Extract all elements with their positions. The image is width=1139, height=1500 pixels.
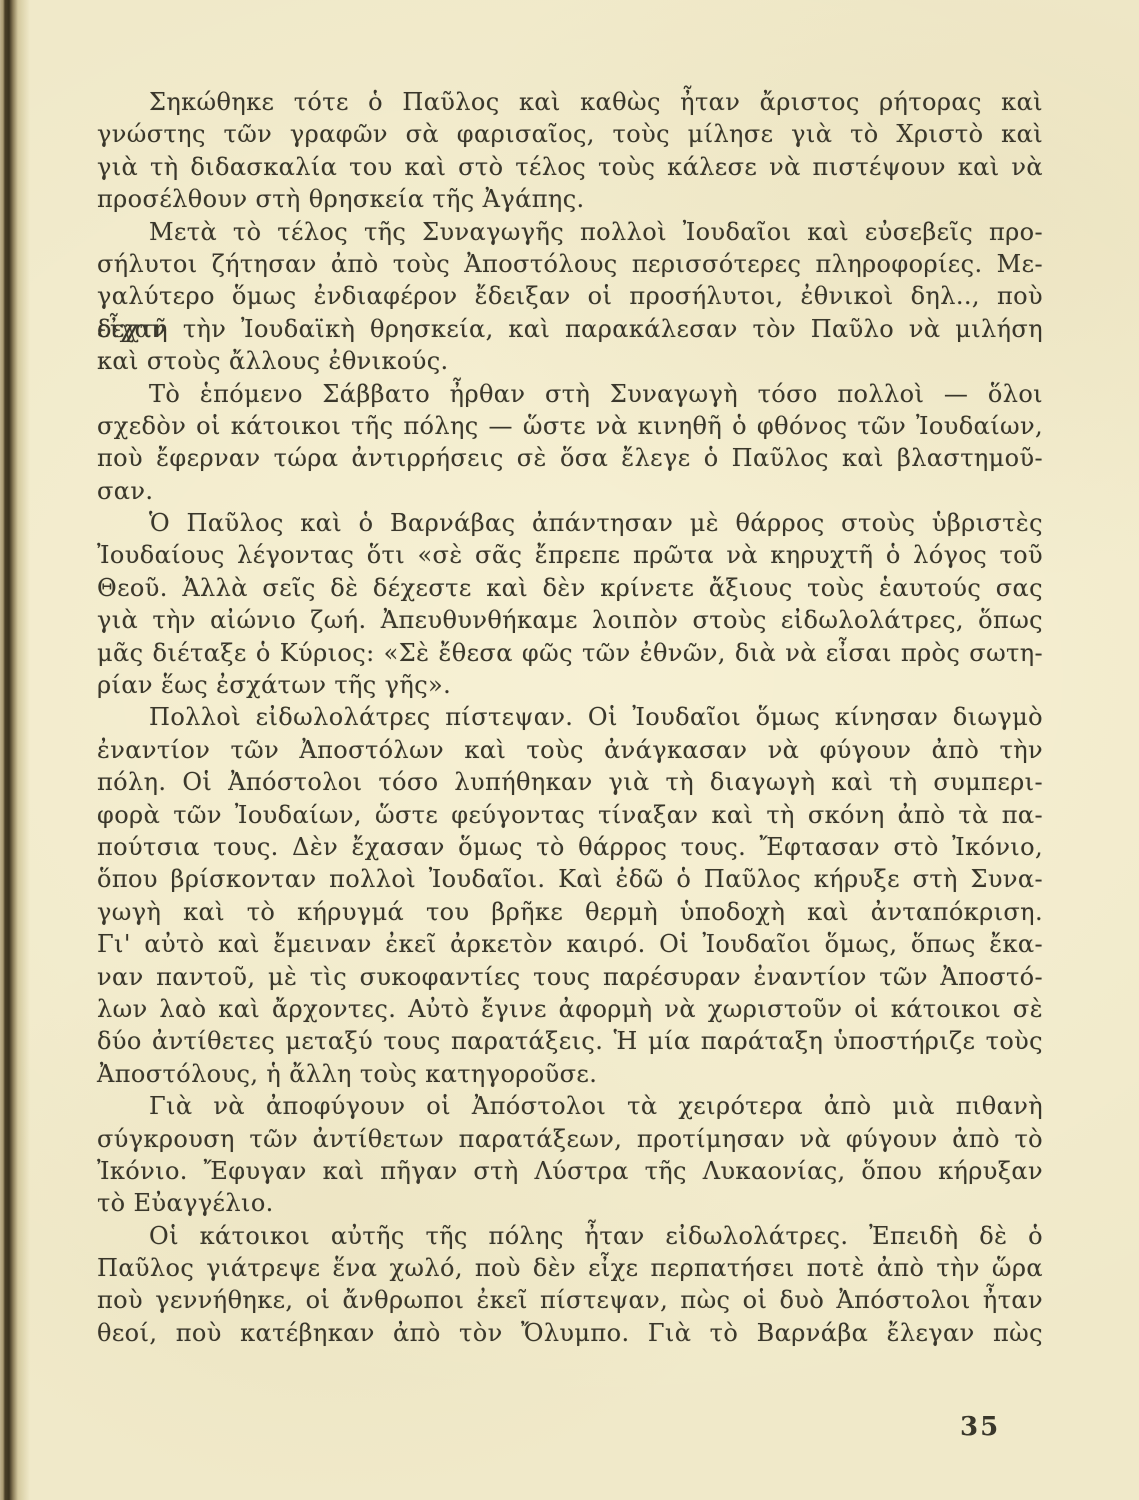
text-line: Πολλοὶ εἰδωλολάτρες πίστεψαν. Οἱ Ἰουδαῖο… [97, 701, 1043, 733]
text-line: τὸ Εὐαγγέλιο. [97, 1187, 1043, 1219]
text-line: Ἰκόνιο. Ἔφυγαν καὶ πῆγαν στὴ Λύστρα τῆς … [97, 1155, 1043, 1187]
text-line: γιὰ τὴ διδασκαλία του καὶ στὸ τέλος τοὺς… [97, 151, 1043, 183]
paragraph: Πολλοὶ εἰδωλολάτρες πίστεψαν. Οἱ Ἰουδαῖο… [97, 701, 1043, 1090]
paragraph: Οἱ κάτοικοι αὐτῆς τῆς πόλης ἦταν εἰδωλολ… [97, 1220, 1043, 1350]
text-line: πούτσια τους. Δὲν ἔχασαν ὅμως τὸ θάρρος … [97, 831, 1043, 863]
text-line: γαλύτερο ὅμως ἐνδιαφέρον ἔδειξαν οἱ προσ… [97, 280, 1043, 312]
text-line: ὅπου βρίσκονταν πολλοὶ Ἰουδαῖοι. Καὶ ἐδῶ… [97, 863, 1043, 895]
text-line: Ἀποστόλους, ἡ ἄλλη τοὺς κατηγοροῦσε. [97, 1058, 1043, 1090]
text-line: Μετὰ τὸ τέλος τῆς Συναγωγῆς πολλοὶ Ἰουδα… [97, 216, 1043, 248]
text-line: Γι' αὐτὸ καὶ ἔμειναν ἐκεῖ ἀρκετὸν καιρό.… [97, 928, 1043, 960]
page-number: 35 [960, 1412, 1000, 1442]
text-line: Ἰουδαίους λέγοντας ὅτι «σὲ σᾶς ἔπρεπε πρ… [97, 539, 1043, 571]
text-line: σχεδὸν οἱ κάτοικοι τῆς πόλης — ὥστε νὰ κ… [97, 410, 1043, 442]
text-line: γωγὴ καὶ τὸ κήρυγμά του βρῆκε θερμὴ ὑποδ… [97, 896, 1043, 928]
text-line: Γιὰ νὰ ἀποφύγουν οἱ Ἀπόστολοι τὰ χειρότε… [97, 1090, 1043, 1122]
text-line: σήλυτοι ζήτησαν ἀπὸ τοὺς Ἀποστόλους περι… [97, 248, 1043, 280]
text-line: Τὸ ἑπόμενο Σάββατο ἦρθαν στὴ Συναγωγὴ τό… [97, 378, 1043, 410]
text-line: Σηκώθηκε τότε ὁ Παῦλος καὶ καθὼς ἦταν ἄρ… [97, 86, 1043, 118]
text-line: Ὁ Παῦλος καὶ ὁ Βαρνάβας ἀπάντησαν μὲ θάρ… [97, 507, 1043, 539]
text-line: θεοί, ποὺ κατέβηκαν ἀπὸ τὸν Ὄλυμπο. Γιὰ … [97, 1317, 1043, 1349]
text-line: Θεοῦ. Ἀλλὰ σεῖς δὲ δέχεστε καὶ δὲν κρίνε… [97, 572, 1043, 604]
text-line: Οἱ κάτοικοι αὐτῆς τῆς πόλης ἦταν εἰδωλολ… [97, 1220, 1043, 1252]
book-spine-edge [0, 0, 30, 1500]
paragraph: Μετὰ τὸ τέλος τῆς Συναγωγῆς πολλοὶ Ἰουδα… [97, 216, 1043, 378]
text-line: δεχτῆ τὴν Ἰουδαϊκὴ θρησκεία, καὶ παρακάλ… [97, 313, 1043, 345]
paragraph: Σηκώθηκε τότε ὁ Παῦλος καὶ καθὼς ἦταν ἄρ… [97, 86, 1043, 216]
text-line: πόλη. Οἱ Ἀπόστολοι τόσο λυπήθηκαν γιὰ τὴ… [97, 766, 1043, 798]
text-line: προσέλθουν στὴ θρησκεία τῆς Ἀγάπης. [97, 183, 1043, 215]
paragraph: Τὸ ἑπόμενο Σάββατο ἦρθαν στὴ Συναγωγὴ τό… [97, 378, 1043, 508]
text-line: γιὰ τὴν αἰώνιο ζωή. Ἀπευθυνθήκαμε λοιπὸν… [97, 604, 1043, 636]
paragraph: Γιὰ νὰ ἀποφύγουν οἱ Ἀπόστολοι τὰ χειρότε… [97, 1090, 1043, 1220]
text-line: μᾶς διέταξε ὁ Κύριος: «Σὲ ἔθεσα φῶς τῶν … [97, 637, 1043, 669]
text-line: ἐναντίον τῶν Ἀποστόλων καὶ τοὺς ἀνάγκασα… [97, 734, 1043, 766]
page-text: Σηκώθηκε τότε ὁ Παῦλος καὶ καθὼς ἦταν ἄρ… [97, 86, 1043, 1349]
text-line: ποὺ ἔφερναν τώρα ἀντιρρήσεις σὲ ὅσα ἔλεγ… [97, 442, 1043, 474]
text-line: δύο ἀντίθετες μεταξύ τους παρατάξεις. Ἡ … [97, 1025, 1043, 1057]
text-line: ναν παντοῦ, μὲ τὶς συκοφαντίες τους παρέ… [97, 961, 1043, 993]
text-line: λων λαὸ καὶ ἄρχοντες. Αὐτὸ ἔγινε ἀφορμὴ … [97, 993, 1043, 1025]
paragraph: Ὁ Παῦλος καὶ ὁ Βαρνάβας ἀπάντησαν μὲ θάρ… [97, 507, 1043, 701]
text-line: καὶ στοὺς ἄλλους ἐθνικούς. [97, 345, 1043, 377]
text-line: Παῦλος γιάτρεψε ἕνα χωλό, ποὺ δὲν εἶχε π… [97, 1252, 1043, 1284]
text-line: σαν. [97, 475, 1043, 507]
text-line: ρίαν ἕως ἐσχάτων τῆς γῆς». [97, 669, 1043, 701]
text-line: γνώστης τῶν γραφῶν σὰ φαρισαῖος, τοὺς μί… [97, 118, 1043, 150]
book-page: Σηκώθηκε τότε ὁ Παῦλος καὶ καθὼς ἦταν ἄρ… [0, 0, 1139, 1500]
text-line: ποὺ γεννήθηκε, οἱ ἄνθρωποι ἐκεῖ πίστεψαν… [97, 1284, 1043, 1316]
text-line: σύγκρουση τῶν ἀντίθετων παρατάξεων, προτ… [97, 1123, 1043, 1155]
text-line: φορὰ τῶν Ἰουδαίων, ὥστε φεύγοντας τίναξα… [97, 799, 1043, 831]
